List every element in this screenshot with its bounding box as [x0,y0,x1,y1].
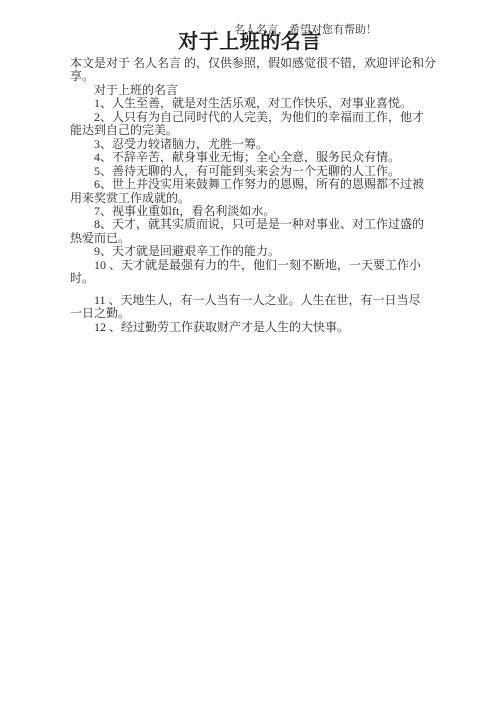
quote-12-line: 12 、经过勤劳工作获取财产才是人生的大快事。 [70,321,432,334]
header-notice: 名人名言，希望对您有帮助！ [234,24,377,36]
quote-4: 4、不辞辛苦，献身事业无悔；全心全意，服务民众有情。 [70,151,432,164]
quote-4-line: 4、不辞辛苦，献身事业无悔；全心全意，服务民众有情。 [70,151,432,164]
quote-2-line: 能达到自己的完美。 [70,124,432,137]
quote-9-line: 9、天才就是回避艰辛工作的能力。 [70,245,432,258]
intro-paragraph: 本文是对于 名人名言 的，仅供参照，假如感觉很不错，欢迎评论和分享。 [70,57,432,84]
quote-10-line: 10 、天才就是最强有力的牛，他们一刻不断地，一天要工作小 [70,259,432,272]
intro-paragraph-line: 本文是对于 名人名言 的，仅供参照，假如感觉很不错，欢迎评论和分 [70,57,432,70]
quote-10-line: 时。 [70,272,432,285]
quote-8-line: 8、天才，就其实质而说，只可是是一种对事业、对工作过盛的 [70,218,432,231]
quote-11: 11 、天地生人，有一人当有一人之业。人生在世，有一日当尽一日之勤。 [70,294,432,321]
document-body: 本文是对于 名人名言 的，仅供参照，假如感觉很不错，欢迎评论和分享。对于上班的名… [70,57,432,334]
quote-9: 9、天才就是回避艰辛工作的能力。 [70,245,432,258]
quote-12: 12 、经过勤劳工作获取财产才是人生的大快事。 [70,321,432,334]
quote-10: 10 、天才就是最强有力的牛，他们一刻不断地，一天要工作小时。 [70,259,432,286]
quote-1-line: 1、人生至善，就是对生活乐观，对工作快乐，对事业喜悦。 [70,97,432,110]
quote-1: 1、人生至善，就是对生活乐观，对工作快乐，对事业喜悦。 [70,97,432,110]
quote-2: 2、人只有为自己同时代的人完美，为他们的幸福而工作，他才能达到自己的完美。 [70,111,432,138]
quote-6: 6、世上并没实用来鼓舞工作努力的恩赐，所有的恩赐都不过被用来奖赏工作成就的。 [70,178,432,205]
quote-6-line: 6、世上并没实用来鼓舞工作努力的恩赐，所有的恩赐都不过被 [70,178,432,191]
quote-11-line: 一日之勤。 [70,307,432,320]
document-page: 名人名言，希望对您有帮助！ 对于上班的名言 本文是对于 名人名言 的，仅供参照，… [0,0,500,707]
intro-paragraph-line: 享。 [70,70,432,83]
quote-8: 8、天才，就其实质而说，只可是是一种对事业、对工作过盛的热爱而已。 [70,218,432,245]
quote-6-line: 用来奖赏工作成就的。 [70,192,432,205]
